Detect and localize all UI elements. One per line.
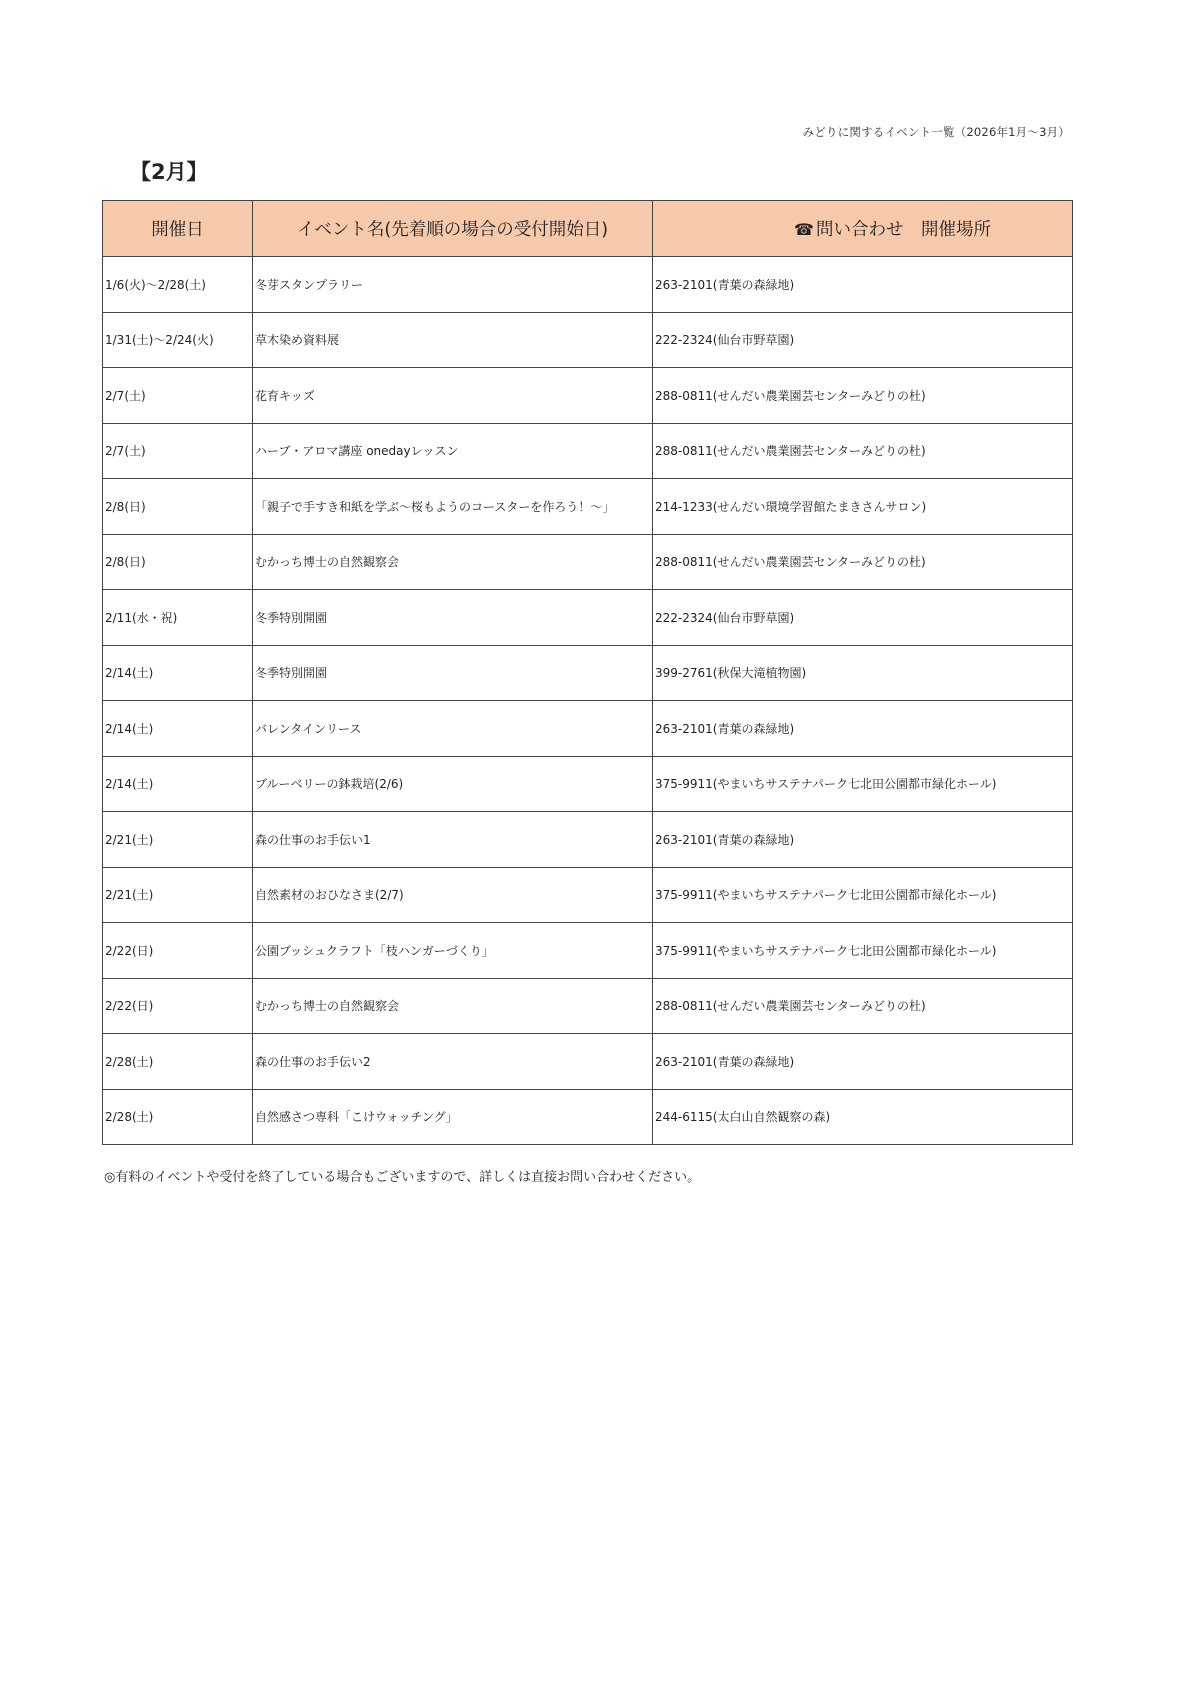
event-name-cell: 花育キッズ xyxy=(253,368,653,424)
event-name-cell: 冬季特別開園 xyxy=(253,590,653,646)
event-name-cell: むかっち博士の自然観察会 xyxy=(253,978,653,1034)
table-row: 1/6(火)～2/28(土)冬芽スタンプラリー263-2101(青葉の森緑地) xyxy=(103,257,1073,313)
event-date-cell: 2/22(日) xyxy=(103,978,253,1034)
table-row: 2/28(土)自然感さつ専科「こけウォッチング」244-6115(太白山自然観察… xyxy=(103,1089,1073,1145)
table-row: 2/22(日)むかっち博士の自然観察会288-0811(せんだい農業園芸センター… xyxy=(103,978,1073,1034)
event-contact-cell: 214-1233(せんだい環境学習館たまきさんサロン) xyxy=(653,479,1073,535)
table-row: 2/22(日)公園ブッシュクラフト「枝ハンガーづくり」375-9911(やまいち… xyxy=(103,923,1073,979)
event-contact-cell: 263-2101(青葉の森緑地) xyxy=(653,1034,1073,1090)
table-row: 2/7(土)花育キッズ288-0811(せんだい農業園芸センターみどりの杜) xyxy=(103,368,1073,424)
column-header-contact: ☎問い合わせ 開催場所 xyxy=(653,201,1073,257)
event-contact-cell: 244-6115(太白山自然観察の森) xyxy=(653,1089,1073,1145)
event-contact-cell: 288-0811(せんだい農業園芸センターみどりの杜) xyxy=(653,534,1073,590)
event-name-cell: 「親子で手すき和紙を学ぶ～桜もようのコースターを作ろう！～」 xyxy=(253,479,653,535)
event-contact-cell: 288-0811(せんだい農業園芸センターみどりの杜) xyxy=(653,423,1073,479)
table-row: 2/8(日)むかっち博士の自然観察会288-0811(せんだい農業園芸センターみ… xyxy=(103,534,1073,590)
document-title: みどりに関するイベント一覧（2026年1月～3月） xyxy=(803,124,1070,140)
event-contact-cell: 222-2324(仙台市野草園) xyxy=(653,590,1073,646)
event-name-cell: 自然素材のおひなさま(2/7) xyxy=(253,867,653,923)
column-header-date: 開催日 xyxy=(103,201,253,257)
event-date-cell: 1/31(土)～2/24(火) xyxy=(103,312,253,368)
table-header-row: 開催日 イベント名(先着順の場合の受付開始日) ☎問い合わせ 開催場所 xyxy=(103,201,1073,257)
event-date-cell: 2/14(土) xyxy=(103,756,253,812)
event-contact-cell: 375-9911(やまいちサステナパーク七北田公園都市緑化ホール) xyxy=(653,867,1073,923)
event-date-cell: 2/28(土) xyxy=(103,1089,253,1145)
event-name-cell: 森の仕事のお手伝い2 xyxy=(253,1034,653,1090)
event-name-cell: バレンタインリース xyxy=(253,701,653,757)
event-contact-cell: 263-2101(青葉の森緑地) xyxy=(653,257,1073,313)
table-row: 2/28(土)森の仕事のお手伝い2263-2101(青葉の森緑地) xyxy=(103,1034,1073,1090)
event-name-cell: ブルーベリーの鉢栽培(2/6) xyxy=(253,756,653,812)
event-contact-cell: 222-2324(仙台市野草園) xyxy=(653,312,1073,368)
table-row: 1/31(土)～2/24(火)草木染め資料展222-2324(仙台市野草園) xyxy=(103,312,1073,368)
event-date-cell: 2/21(土) xyxy=(103,867,253,923)
event-name-cell: 草木染め資料展 xyxy=(253,312,653,368)
column-header-event-name: イベント名(先着順の場合の受付開始日) xyxy=(253,201,653,257)
footnote: ◎有料のイベントや受付を終了している場合もございますので、詳しくは直接お問い合わ… xyxy=(104,1166,700,1185)
event-date-cell: 2/14(土) xyxy=(103,701,253,757)
event-date-cell: 2/21(土) xyxy=(103,812,253,868)
event-date-cell: 2/14(土) xyxy=(103,645,253,701)
event-date-cell: 2/7(土) xyxy=(103,423,253,479)
column-header-contact-label: 問い合わせ 開催場所 xyxy=(816,220,991,240)
event-contact-cell: 399-2761(秋保大滝植物園) xyxy=(653,645,1073,701)
event-contact-cell: 288-0811(せんだい農業園芸センターみどりの杜) xyxy=(653,368,1073,424)
event-date-cell: 2/8(日) xyxy=(103,534,253,590)
event-date-cell: 2/28(土) xyxy=(103,1034,253,1090)
table-body: 1/6(火)～2/28(土)冬芽スタンプラリー263-2101(青葉の森緑地)1… xyxy=(103,257,1073,1145)
month-heading: 【2月】 xyxy=(130,156,208,186)
event-date-cell: 1/6(火)～2/28(土) xyxy=(103,257,253,313)
event-contact-cell: 375-9911(やまいちサステナパーク七北田公園都市緑化ホール) xyxy=(653,923,1073,979)
event-date-cell: 2/11(水・祝) xyxy=(103,590,253,646)
event-name-cell: 森の仕事のお手伝い1 xyxy=(253,812,653,868)
event-contact-cell: 263-2101(青葉の森緑地) xyxy=(653,812,1073,868)
table-row: 2/14(土)バレンタインリース263-2101(青葉の森緑地) xyxy=(103,701,1073,757)
event-date-cell: 2/22(日) xyxy=(103,923,253,979)
table-row: 2/7(土)ハーブ・アロマ講座 onedayレッスン288-0811(せんだい農… xyxy=(103,423,1073,479)
event-contact-cell: 375-9911(やまいちサステナパーク七北田公園都市緑化ホール) xyxy=(653,756,1073,812)
event-contact-cell: 288-0811(せんだい農業園芸センターみどりの杜) xyxy=(653,978,1073,1034)
event-name-cell: 冬季特別開園 xyxy=(253,645,653,701)
event-date-cell: 2/7(土) xyxy=(103,368,253,424)
table-row: 2/11(水・祝)冬季特別開園222-2324(仙台市野草園) xyxy=(103,590,1073,646)
table-row: 2/8(日)「親子で手すき和紙を学ぶ～桜もようのコースターを作ろう！～」214-… xyxy=(103,479,1073,535)
event-name-cell: 公園ブッシュクラフト「枝ハンガーづくり」 xyxy=(253,923,653,979)
event-contact-cell: 263-2101(青葉の森緑地) xyxy=(653,701,1073,757)
table-row: 2/21(土)自然素材のおひなさま(2/7)375-9911(やまいちサステナパ… xyxy=(103,867,1073,923)
table-row: 2/14(土)ブルーベリーの鉢栽培(2/6)375-9911(やまいちサステナパ… xyxy=(103,756,1073,812)
table-row: 2/21(土)森の仕事のお手伝い1263-2101(青葉の森緑地) xyxy=(103,812,1073,868)
table-row: 2/14(土)冬季特別開園399-2761(秋保大滝植物園) xyxy=(103,645,1073,701)
events-table: 開催日 イベント名(先着順の場合の受付開始日) ☎問い合わせ 開催場所 1/6(… xyxy=(102,200,1073,1145)
event-name-cell: ハーブ・アロマ講座 onedayレッスン xyxy=(253,423,653,479)
event-date-cell: 2/8(日) xyxy=(103,479,253,535)
telephone-icon: ☎ xyxy=(794,220,814,239)
event-name-cell: むかっち博士の自然観察会 xyxy=(253,534,653,590)
event-name-cell: 冬芽スタンプラリー xyxy=(253,257,653,313)
event-name-cell: 自然感さつ専科「こけウォッチング」 xyxy=(253,1089,653,1145)
